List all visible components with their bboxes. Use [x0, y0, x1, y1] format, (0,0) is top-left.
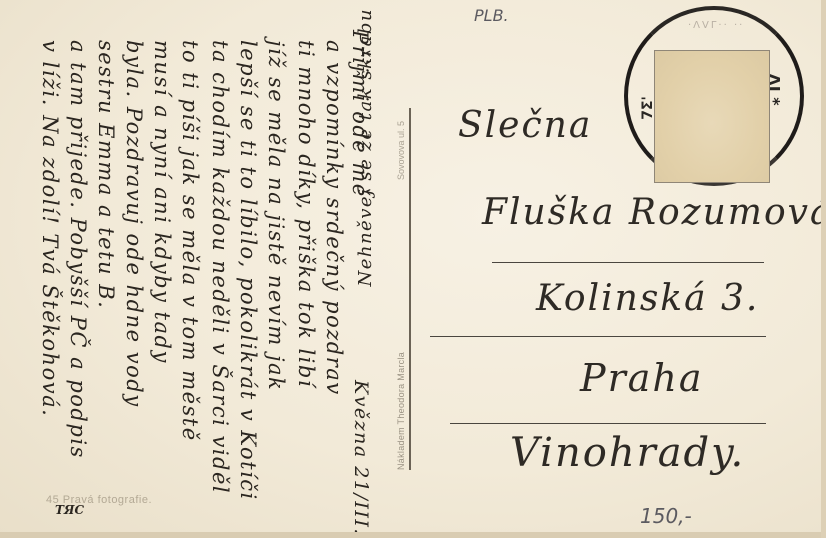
postmark-top-text: ·ΛVΓ·· ·· — [688, 20, 744, 31]
message-line: jíž se měla na jistě nevím jak — [264, 40, 288, 391]
card-edge-bottom — [0, 532, 826, 538]
signature-initials: ТЯС — [55, 503, 84, 517]
card-edge-right — [821, 0, 826, 538]
message-line: v líži. Na zdolí! Tvá Štěkohová. — [38, 40, 62, 417]
message-area: Nehněvej se že tak škrabu Přijmi ode mě … — [0, 0, 380, 538]
message-text-rotated: Nehněvej se že tak škrabu Přijmi ode mě … — [0, 0, 380, 538]
removed-stamp-area — [654, 50, 770, 183]
message-line: musí a nyní ani kdyby tady — [150, 40, 174, 364]
message-line: Přijmi ode mě — [348, 30, 372, 198]
message-line: ta chodím každou neděli v Šarci viděl — [208, 40, 232, 494]
message-line: a tam přijede. Pobyšší PČ a podpis — [66, 40, 90, 459]
address-city: Praha — [580, 356, 704, 400]
publisher-line: Nákladem Theodora Marcla — [396, 352, 406, 470]
price-note: 150,- — [640, 504, 692, 528]
address-street: Kolinská 3. — [536, 278, 759, 319]
address-rule — [492, 262, 764, 263]
message-line: to ti píši jak se měla v tom městě — [178, 40, 202, 442]
reference-note: PLB. — [474, 6, 509, 25]
message-date: Kvězna 21/III. — [350, 380, 372, 536]
message-line: byla. Pozdravuj ode hdne vody — [122, 40, 146, 408]
address-rule — [430, 336, 766, 337]
message-line: ti mnoho díky, přiška tok libí — [294, 40, 318, 388]
publisher-address: Sovovova ul. 5 — [396, 121, 406, 180]
address-salutation: Slečna — [458, 105, 592, 146]
message-line: lepší se ti to líbilo, pokolikrát v Kotí… — [236, 40, 260, 501]
address-name: Fluška Rozumová — [482, 192, 826, 233]
center-divider — [409, 108, 411, 470]
address-district: Vinohrady. — [510, 430, 745, 476]
postcard: Nehněvej se že tak škrabu Přijmi ode mě … — [0, 0, 826, 538]
message-line: a vzpomínky srdečný pozdrav — [322, 40, 346, 396]
message-line: sestru Emma a tetu B. — [94, 40, 118, 309]
address-rule — [450, 423, 766, 424]
